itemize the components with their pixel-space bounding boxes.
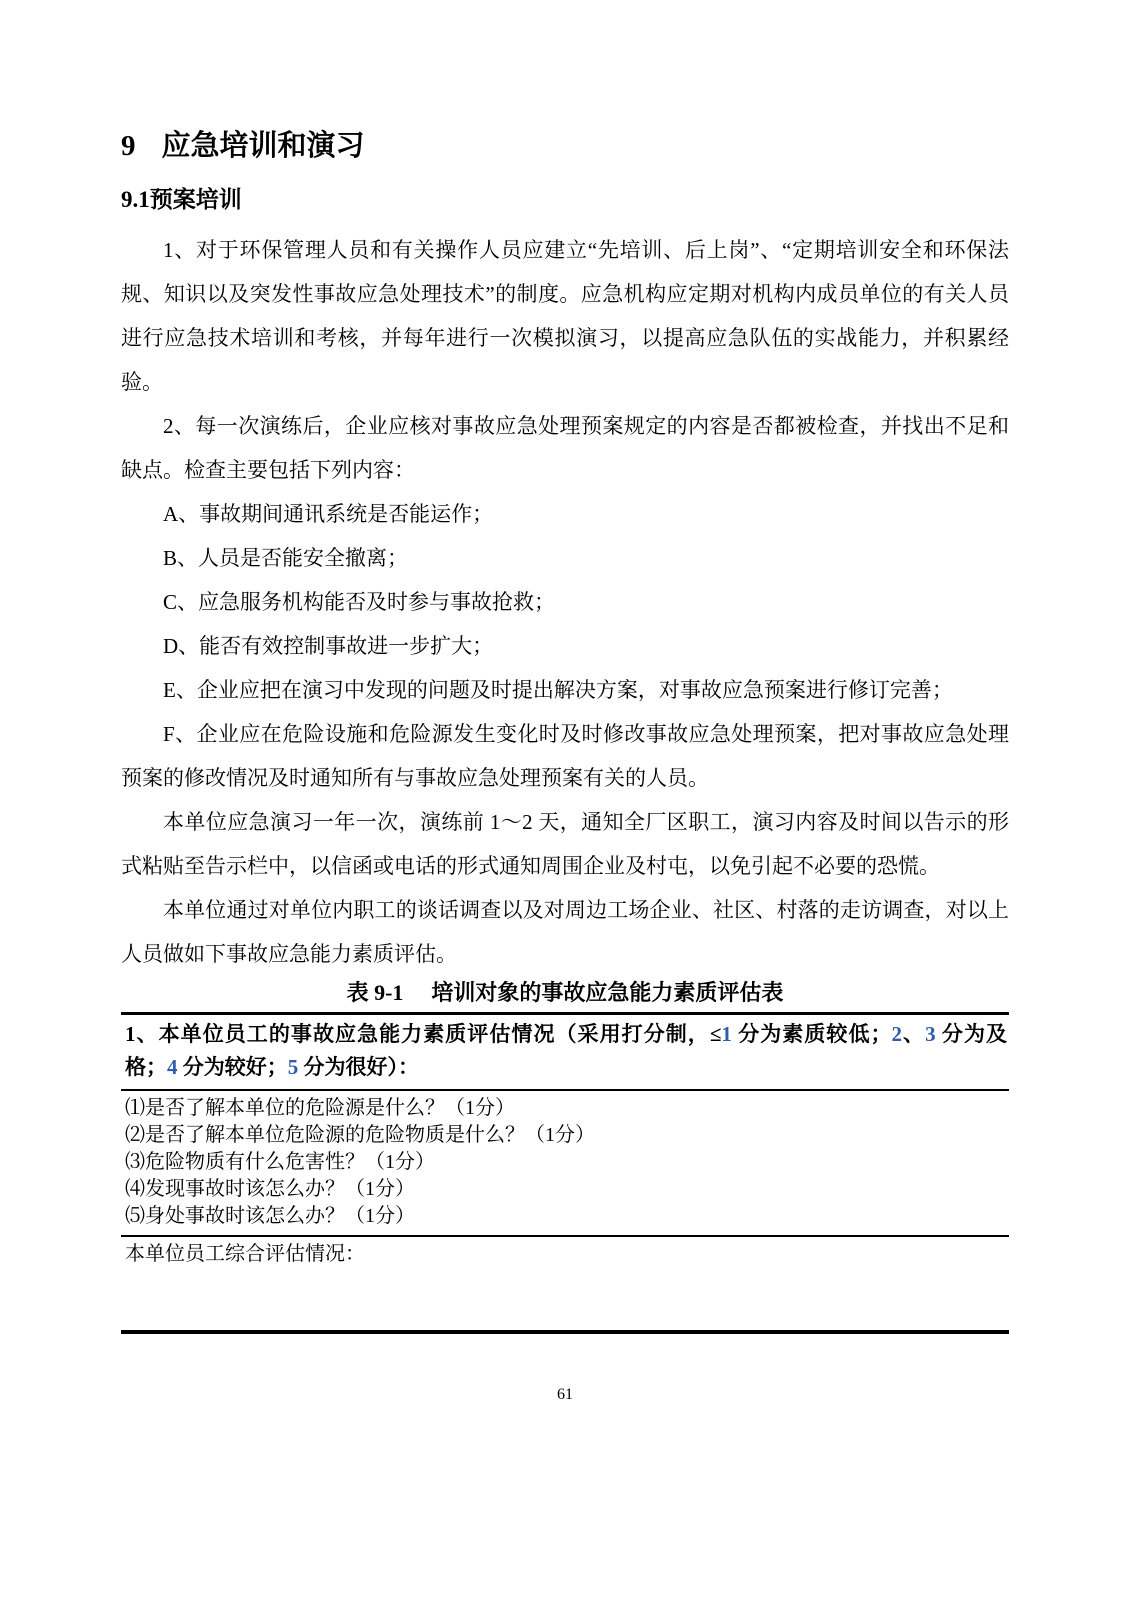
table-caption-label: 表 9-1 (347, 980, 404, 1005)
paragraph: F、企业应在危险设施和危险源发生变化时及时修改事故应急处理预案，把对事故应急处理… (121, 712, 1009, 800)
paragraph: D、能否有效控制事故进一步扩大； (121, 624, 1009, 668)
table-question: ⑷发现事故时该怎么办？（1分） (125, 1176, 1007, 1203)
table-caption-title: 培训对象的事故应急能力素质评估表 (431, 980, 783, 1005)
table-question: ⑴是否了解本单位的危险源是什么？（1分） (125, 1095, 1007, 1122)
paragraph: A、事故期间通讯系统是否能运作； (121, 492, 1009, 536)
body-text: 1、对于环保管理人员和有关操作人员应建立“先培训、后上岗”、“定期培训安全和环保… (121, 228, 1009, 976)
paragraph: 本单位应急演习一年一次，演练前 1～2 天，通知全厂区职工，演习内容及时间以告示… (121, 800, 1009, 888)
section-title: 应急培训和演习 (162, 130, 365, 162)
section-number: 9 (121, 130, 136, 162)
section-heading: 9应急培训和演习 (121, 128, 1009, 164)
paragraph: C、应急服务机构能否及时参与事故抢救； (121, 580, 1009, 624)
assessment-table: 1、本单位员工的事故应急能力素质评估情况（采用打分制，≤1 分为素质较低；2、3… (121, 1012, 1009, 1334)
table-question: ⑸身处事故时该怎么办？（1分） (125, 1203, 1007, 1230)
table-header-row: 1、本单位员工的事故应急能力素质评估情况（采用打分制，≤1 分为素质较低；2、3… (121, 1014, 1009, 1091)
table-questions-cell: ⑴是否了解本单位的危险源是什么？（1分）⑵是否了解本单位危险源的危险物质是什么？… (121, 1090, 1009, 1236)
paragraph: E、企业应把在演习中发现的问题及时提出解决方案，对事故应急预案进行修订完善； (121, 668, 1009, 712)
table-header-cell: 1、本单位员工的事故应急能力素质评估情况（采用打分制，≤1 分为素质较低；2、3… (121, 1014, 1009, 1091)
table-footer-row: 本单位员工综合评估情况： (121, 1236, 1009, 1332)
table-questions-row: ⑴是否了解本单位的危险源是什么？（1分）⑵是否了解本单位危险源的危险物质是什么？… (121, 1090, 1009, 1236)
table-caption: 表 9-1培训对象的事故应急能力素质评估表 (121, 980, 1009, 1006)
page-number: 61 (121, 1386, 1009, 1404)
table-footer-cell: 本单位员工综合评估情况： (121, 1236, 1009, 1332)
paragraph: 本单位通过对单位内职工的谈话调查以及对周边工场企业、社区、村落的走访调查，对以上… (121, 888, 1009, 976)
table-question: ⑵是否了解本单位危险源的危险物质是什么？（1分） (125, 1122, 1007, 1149)
subsection-heading: 9.1预案培训 (121, 186, 1009, 214)
paragraph: 1、对于环保管理人员和有关操作人员应建立“先培训、后上岗”、“定期培训安全和环保… (121, 228, 1009, 404)
paragraph: 2、每一次演练后，企业应核对事故应急处理预案规定的内容是否都被检查，并找出不足和… (121, 404, 1009, 492)
document-page: 9应急培训和演习 9.1预案培训 1、对于环保管理人员和有关操作人员应建立“先培… (0, 0, 1131, 1600)
table-question: ⑶危险物质有什么危害性？（1分） (125, 1149, 1007, 1176)
paragraph: B、人员是否能安全撤离； (121, 536, 1009, 580)
